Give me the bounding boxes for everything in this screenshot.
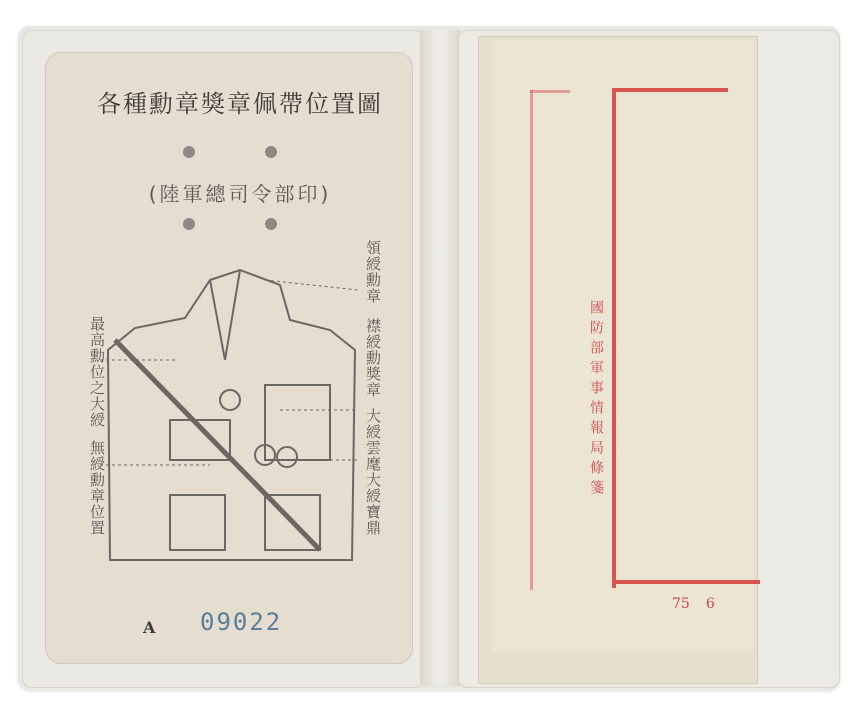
label-precious-tripod: 大綬寶鼎	[364, 472, 381, 552]
faint-border-left	[530, 90, 533, 590]
uniform-jacket-diagram	[90, 260, 360, 580]
punch-hole	[183, 218, 195, 230]
serial-number: 09022	[200, 608, 282, 636]
serial-prefix: A	[143, 618, 155, 637]
label-no-ribbon-medal: 無綬勳章位置	[88, 440, 105, 550]
date-year: 75	[672, 596, 690, 612]
faint-border-top	[530, 90, 570, 93]
issuer-text: 國防部軍事情報局條箋	[588, 300, 604, 500]
card-title: 各種勳章獎章佩帶位置圖	[90, 84, 390, 119]
date-month: 6	[706, 596, 715, 612]
card-subtitle: (陸軍總司令部印)	[90, 178, 390, 207]
red-border-top	[612, 88, 728, 92]
red-border-bottom	[612, 580, 760, 584]
label-highest-sash: 最高勳位之大綬	[88, 316, 105, 446]
holder-spine	[420, 30, 460, 686]
punch-hole	[265, 146, 277, 158]
punch-hole	[265, 218, 277, 230]
red-border-left	[612, 88, 616, 588]
date-stamp: 756	[672, 596, 731, 612]
punch-hole	[183, 146, 195, 158]
label-neck-order: 領綬勳章	[364, 240, 381, 330]
